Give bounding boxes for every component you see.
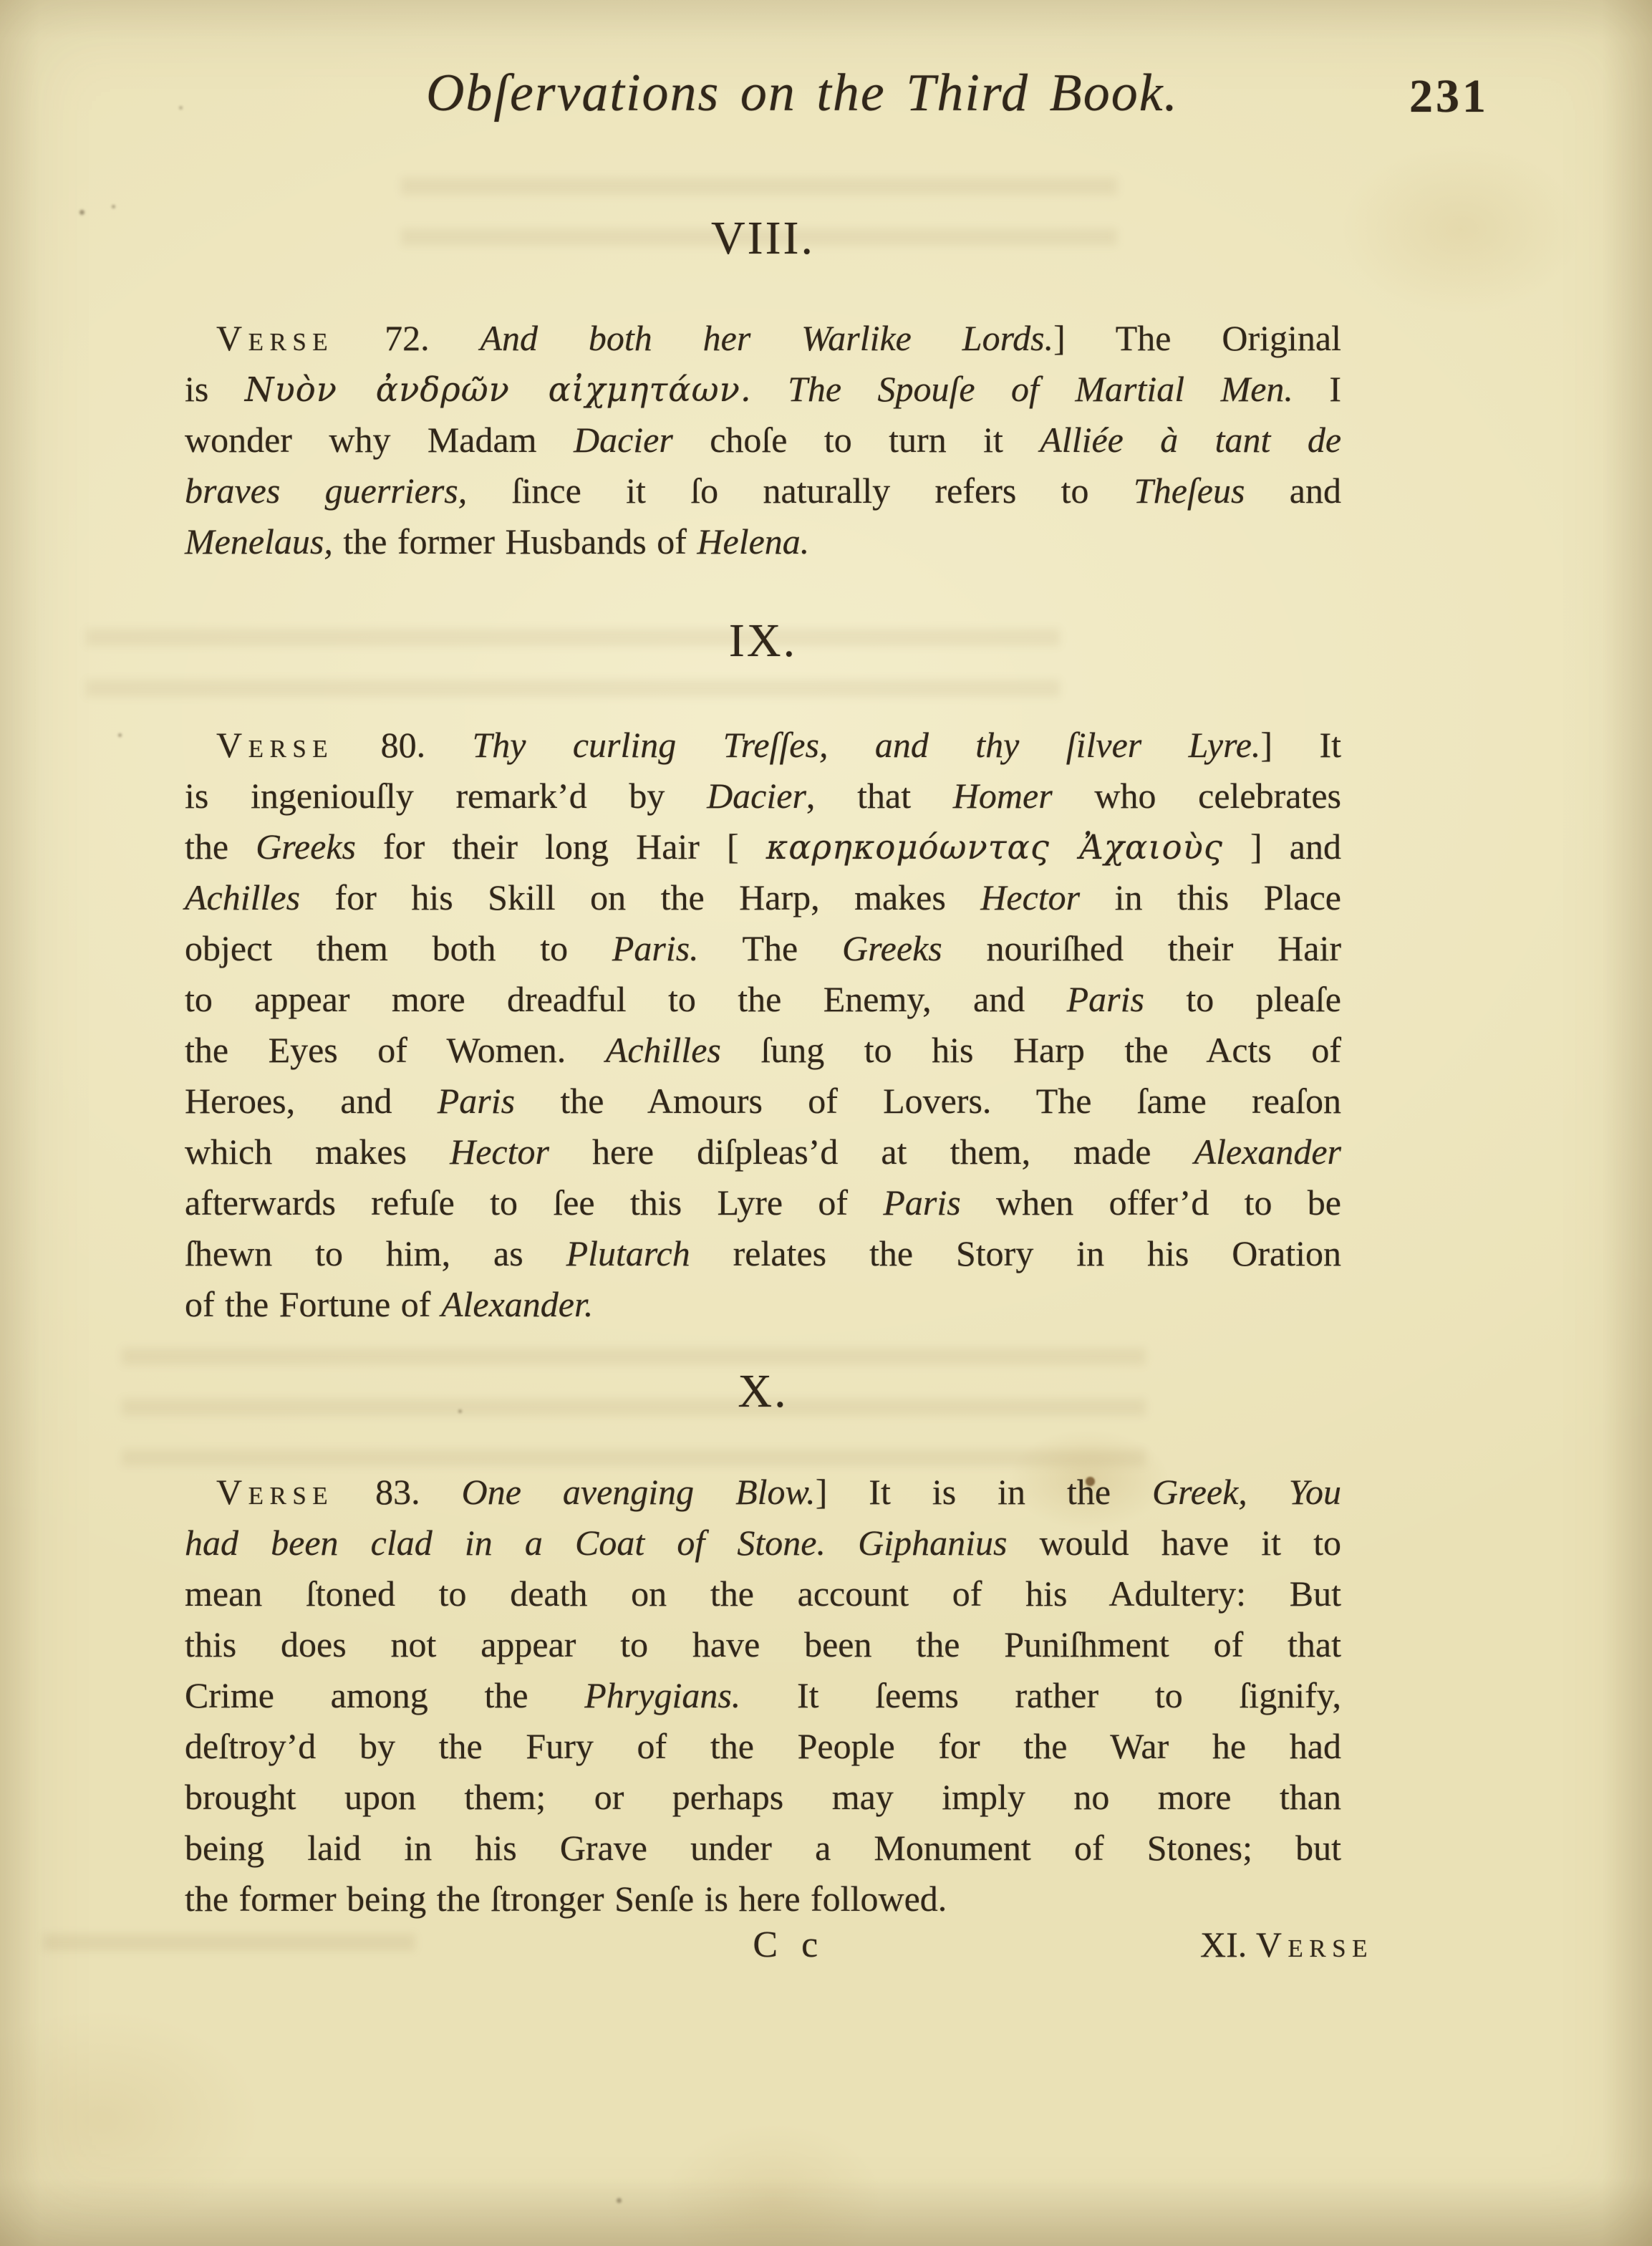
text-run: the Eyes of Women.	[185, 1030, 606, 1070]
text-line: Verse 80. Thy curling Treſſes, and thy ſ…	[185, 720, 1341, 771]
text-run	[826, 1523, 858, 1563]
text-run	[752, 369, 788, 409]
text-run: Achilles	[185, 877, 300, 917]
section: X.Verse 83. One avenging Blow.] It is in…	[185, 1368, 1341, 1924]
text-run: which makes	[185, 1132, 450, 1172]
text-line: which makes Hector here diſpleas’d at th…	[185, 1127, 1341, 1177]
text-line: Achilles for his Skill on the Harp, make…	[185, 872, 1341, 923]
text-run: It ſeems rather to ſignify,	[740, 1675, 1341, 1715]
text-run: ] It	[1260, 725, 1341, 765]
footer-line: C c XI. Verse	[185, 1919, 1341, 1970]
text-run: and	[1245, 471, 1341, 511]
text-run: Giphanius	[858, 1523, 1007, 1563]
text-run: when offer’d to be	[961, 1182, 1341, 1223]
text-run: mean ſtoned to death on the account of h…	[185, 1573, 1341, 1614]
text-line: had been clad in a Coat of Stone. Giphan…	[185, 1518, 1341, 1568]
text-line: mean ſtoned to death on the account of h…	[185, 1568, 1341, 1619]
text-run: ſung to his Harp the Acts of	[721, 1030, 1341, 1070]
text-run: Alliée à tant de	[1040, 420, 1341, 460]
text-run: ] The Original	[1053, 318, 1341, 358]
text-run: XI.	[1200, 1924, 1256, 1965]
text-run: Paris	[438, 1081, 515, 1121]
text-run: Greek,	[1152, 1472, 1247, 1512]
text-run: Verse	[1256, 1924, 1373, 1965]
text-run: deſtroy’d by the Fury of the People for …	[185, 1726, 1341, 1766]
section-heading: X.	[185, 1368, 1341, 1415]
text-line: being laid in his Grave under a Monument…	[185, 1823, 1341, 1874]
text-run: Dacier	[707, 776, 806, 816]
text-run: the former Husbands of	[333, 521, 697, 561]
text-line: Crime among the Phrygians. It ſeems rath…	[185, 1670, 1341, 1721]
text-run: Hector	[450, 1132, 549, 1172]
text-run: 83.	[334, 1472, 461, 1512]
text-run: object them both to	[185, 928, 612, 968]
text-run: in this Place	[1080, 877, 1341, 917]
text-run: , that	[806, 776, 953, 816]
text-run: Menelaus,	[185, 521, 333, 561]
text-run: ] and	[1223, 826, 1341, 867]
text-run: Theſeus	[1134, 471, 1245, 511]
text-line: braves guerriers, ſince it ſo naturally …	[185, 466, 1341, 516]
text-line: Verse 83. One avenging Blow.] It is in t…	[185, 1467, 1341, 1518]
text-line: the Greeks for their long Hair [ καρηκομ…	[185, 821, 1341, 872]
text-run: the	[185, 826, 256, 867]
text-block: Obſervations on the Third Book. VIII.Ver…	[185, 0, 1341, 2246]
text-run: Paris	[1067, 979, 1144, 1019]
text-run: The Spouſe of Martial Men.	[788, 369, 1293, 409]
text-run: Paris	[883, 1182, 960, 1223]
text-run: afterwards refuſe to ſee this Lyre of	[185, 1182, 883, 1223]
text-run: to pleaſe	[1144, 979, 1341, 1019]
text-run: Hector	[980, 877, 1080, 917]
text-run: Thy curling Treſſes, and thy ſilver Lyre…	[472, 725, 1260, 765]
book-page: 231 Obſervations on the Third Book. VIII…	[0, 0, 1652, 2246]
text-run: for their long Hair [	[356, 826, 766, 867]
text-run: One avenging Blow.	[462, 1472, 816, 1512]
text-run: Greeks	[842, 928, 942, 968]
text-run: Crime among the	[185, 1675, 584, 1715]
text-run: to appear more dreadful to the Enemy, an…	[185, 979, 1067, 1019]
text-run: Plutarch	[566, 1233, 690, 1273]
text-run: relates the Story in his Oration	[690, 1233, 1341, 1273]
text-run: the Amours of Lovers. The ſame reaſon	[515, 1081, 1341, 1121]
text-run: Homer	[953, 776, 1053, 816]
text-run: The	[699, 928, 842, 968]
text-run: wonder why Madam	[185, 420, 574, 460]
page-number: 231	[1409, 72, 1517, 122]
text-run: Alexander	[1194, 1132, 1341, 1172]
text-line: deſtroy’d by the Fury of the People for …	[185, 1721, 1341, 1772]
text-line: Verse 72. And both her Warlike Lords.] T…	[185, 313, 1341, 364]
text-line: is ingeniouſly remark’d by Dacier, that …	[185, 771, 1341, 821]
text-run: Helena.	[697, 521, 809, 561]
section-heading: VIII.	[185, 215, 1341, 262]
text-line: the Eyes of Women. Achilles ſung to his …	[185, 1025, 1341, 1076]
text-run: for his Skill on the Harp, makes	[300, 877, 980, 917]
paper-specks	[0, 0, 4, 4]
text-run: Achilles	[606, 1030, 721, 1070]
text-line: of the Fortune of Alexander.	[185, 1279, 1341, 1330]
text-run: Greeks	[256, 826, 356, 867]
text-run: Νυὸν ἀνδρῶν αἰχμητάων.	[245, 370, 752, 409]
text-run: had been clad in a Coat of Stone.	[185, 1523, 826, 1563]
text-run: who celebrates	[1053, 776, 1341, 816]
text-run: braves guerriers,	[185, 471, 467, 511]
text-run	[1247, 1472, 1289, 1512]
text-run: Verse	[216, 318, 334, 358]
text-run: You	[1289, 1472, 1341, 1512]
text-run: Paris.	[612, 928, 699, 968]
text-run: Heroes, and	[185, 1081, 438, 1121]
text-line: is Νυὸν ἀνδρῶν αἰχμητάων. The Spouſe of …	[185, 364, 1341, 415]
text-run: I	[1293, 369, 1341, 409]
text-line: brought upon them; or perhaps may imply …	[185, 1772, 1341, 1823]
text-run: And both her Warlike Lords.	[480, 318, 1053, 358]
text-run: Verse	[216, 725, 334, 765]
text-run: is	[185, 369, 245, 409]
text-run: 72.	[334, 318, 480, 358]
text-run: the former being the ſtronger Senſe is h…	[185, 1879, 947, 1919]
text-run: ſince it ſo naturally refers to	[467, 471, 1134, 511]
text-run: this does not appear to have been the Pu…	[185, 1624, 1341, 1664]
text-line: wonder why Madam Dacier choſe to turn it…	[185, 415, 1341, 466]
text-line: Menelaus, the former Husbands of Helena.	[185, 516, 1341, 567]
text-run: ] It is in the	[816, 1472, 1152, 1512]
text-line: object them both to Paris. The Greeks no…	[185, 923, 1341, 974]
paragraph: Verse 80. Thy curling Treſſes, and thy ſ…	[185, 720, 1341, 1330]
text-run: brought upon them; or perhaps may imply …	[185, 1777, 1341, 1817]
text-run: being laid in his Grave under a Monument…	[185, 1828, 1341, 1868]
text-run: Verse	[216, 1472, 334, 1512]
section-heading: IX.	[185, 617, 1341, 665]
text-line: the former being the ſtronger Senſe is h…	[185, 1874, 1341, 1924]
section: IX.Verse 80. Thy curling Treſſes, and th…	[185, 617, 1341, 1330]
text-line: ſhewn to him, as Plutarch relates the St…	[185, 1228, 1341, 1279]
text-line: afterwards refuſe to ſee this Lyre of Pa…	[185, 1177, 1341, 1228]
section: VIII.Verse 72. And both her Warlike Lord…	[185, 215, 1341, 567]
text-run: nouriſhed their Hair	[942, 928, 1341, 968]
signature-mark: C c	[753, 1919, 825, 1970]
text-run: would have it to	[1007, 1523, 1341, 1563]
text-line: to appear more dreadful to the Enemy, an…	[185, 974, 1341, 1025]
text-run: of the Fortune of	[185, 1284, 441, 1324]
text-line: Heroes, and Paris the Amours of Lovers. …	[185, 1076, 1341, 1127]
text-run: choſe to turn it	[673, 420, 1040, 460]
running-head: Obſervations on the Third Book.	[224, 63, 1381, 123]
text-run: 80.	[334, 725, 472, 765]
catchword: XI. Verse	[1200, 1919, 1373, 1970]
text-run: ſhewn to him, as	[185, 1233, 566, 1273]
paragraph: Verse 72. And both her Warlike Lords.] T…	[185, 313, 1341, 567]
text-run: here diſpleas’d at them, made	[549, 1132, 1194, 1172]
text-run: is ingeniouſly remark’d by	[185, 776, 707, 816]
text-line: this does not appear to have been the Pu…	[185, 1619, 1341, 1670]
paragraph: Verse 83. One avenging Blow.] It is in t…	[185, 1467, 1341, 1924]
text-run: Dacier	[574, 420, 673, 460]
text-run: καρηκομόωντας Ἀχαιοὺς	[766, 828, 1223, 867]
text-run: Alexander.	[441, 1284, 593, 1324]
text-run: Phrygians.	[584, 1675, 740, 1715]
